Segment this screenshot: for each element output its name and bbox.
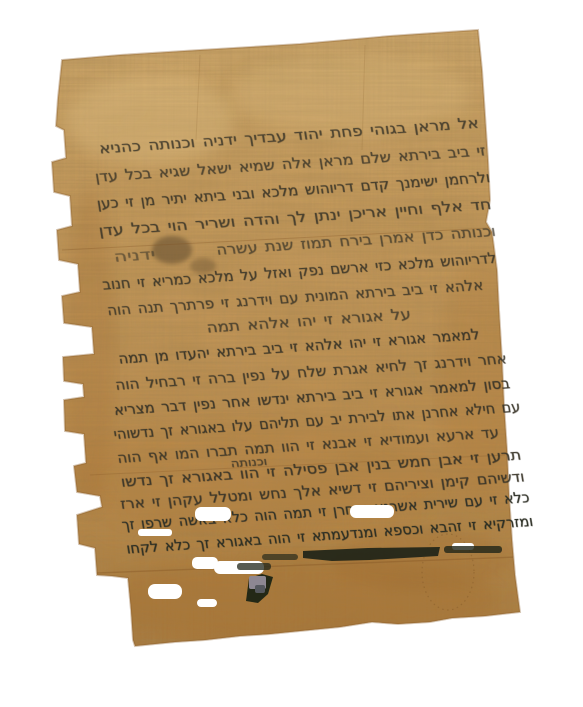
papyrus-sheet [0,0,583,707]
light-patch [65,75,235,165]
papyrus-document: אל מראן בגוהי פחת יהוד עבדיך ידניה וכנות… [0,0,583,707]
dark-patch [80,420,440,540]
ink-smudge [190,258,216,274]
ink-smudge [152,236,192,264]
light-patch [230,55,470,135]
